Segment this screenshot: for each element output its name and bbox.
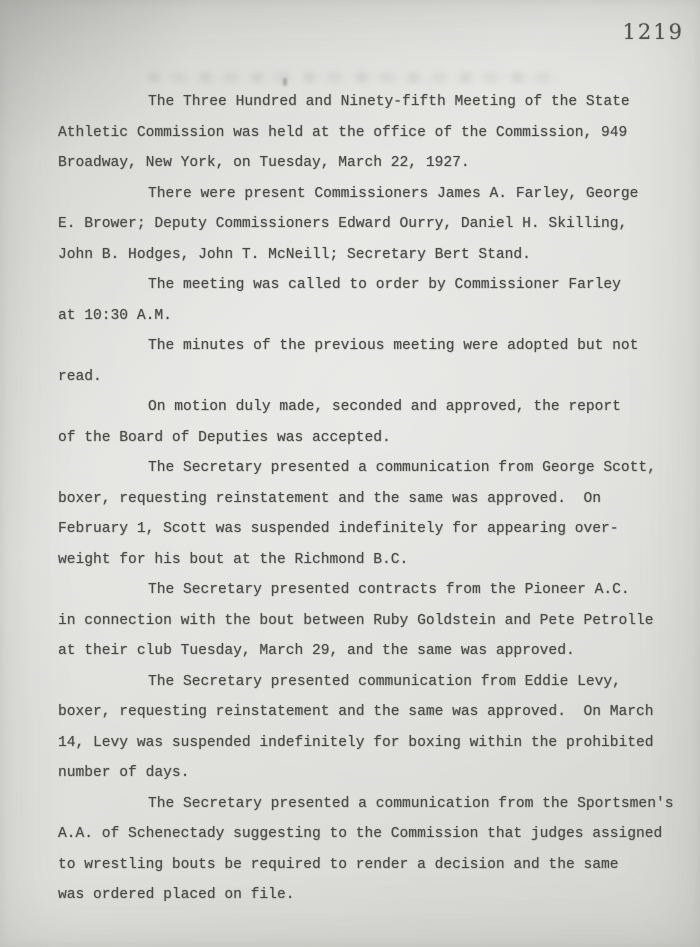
text-line: in connection with the bout between Ruby… [58,606,670,637]
text-line: The Secretary presented a communication … [58,789,670,820]
text-line: was ordered placed on file. [58,880,670,911]
text-line: read. [58,362,670,393]
text-line: of the Board of Deputies was accepted. [58,423,670,454]
text-line: boxer, requesting reinstatement and the … [58,697,670,728]
text-line: at their club Tuesday, March 29, and the… [58,636,670,667]
text-line: The Three Hundred and Ninety-fifth Meeti… [58,87,670,118]
ink-speck [283,78,287,86]
text-line: weight for his bout at the Richmond B.C. [58,545,670,576]
text-line: The meeting was called to order by Commi… [58,270,670,301]
text-line: 14, Levy was suspended indefinitely for … [58,728,670,759]
text-line: A.A. of Schenectady suggesting to the Co… [58,819,670,850]
text-line: The Secretary presented contracts from t… [58,575,670,606]
text-line: There were present Commissioners James A… [58,179,670,210]
text-line: John B. Hodges, John T. McNeill; Secreta… [58,240,670,271]
text-line: The minutes of the previous meeting were… [58,331,670,362]
text-line: number of days. [58,758,670,789]
text-line: The Secretary presented communication fr… [58,667,670,698]
bleed-through-smudge [148,72,560,83]
typewritten-minutes-text: The Three Hundred and Ninety-fifth Meeti… [58,87,670,911]
text-line: Athletic Commission was held at the offi… [58,118,670,149]
text-line: The Secretary presented a communication … [58,453,670,484]
text-line: Broadway, New York, on Tuesday, March 22… [58,148,670,179]
text-line: E. Brower; Deputy Commissioners Edward O… [58,209,670,240]
text-line: boxer, requesting reinstatement and the … [58,484,670,515]
text-line: February 1, Scott was suspended indefini… [58,514,670,545]
text-line: to wrestling bouts be required to render… [58,850,670,881]
text-line: at 10:30 A.M. [58,301,670,332]
text-line: On motion duly made, seconded and approv… [58,392,670,423]
scanned-minutes-page: 1219 The Three Hundred and Ninety-fifth … [0,0,700,947]
page-number: 1219 [623,20,684,44]
